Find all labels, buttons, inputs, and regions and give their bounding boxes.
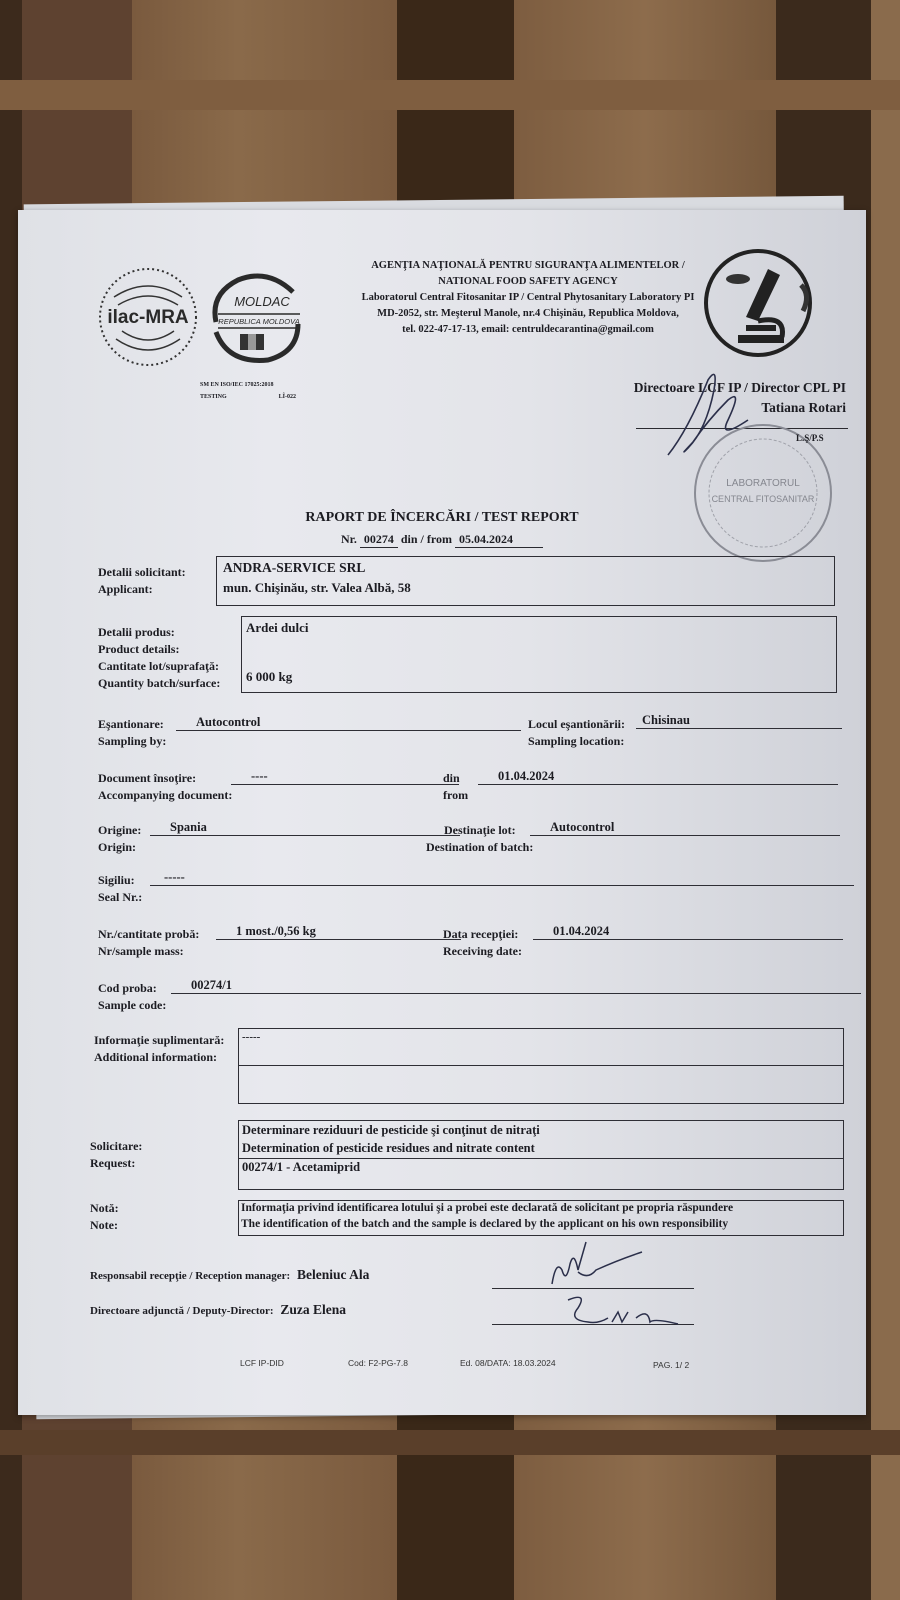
sample-value: 1 most./0,56 kg [216,924,461,940]
sampling-location-label: Locul eşantionării: Sampling location: [528,716,625,750]
applicant-label-en: Applicant: [98,581,186,598]
note-text-ro: Informaţia privind identificarea lotului… [241,1202,733,1214]
document-label-en: Accompanying document: [98,787,232,804]
reception-manager-name: Beleniuc Ala [297,1267,369,1282]
sampling-label-ro: Eşantionare: [98,716,166,733]
product-quantity: 6 000 kg [246,669,292,685]
report-date: 05.04.2024 [455,532,543,548]
svg-text:ilac-MRA: ilac-MRA [107,307,189,328]
quantity-label-ro: Cantitate lot/suprafaţă: [98,658,220,675]
document-label: Document însoţire: Accompanying document… [98,770,232,804]
applicant-label-ro: Detalii solicitant: [98,564,186,581]
origin-label-en: Origin: [98,839,141,856]
additional-info-box: ----- [238,1028,844,1104]
request-line-ro: Determinare reziduuri de pesticide şi co… [242,1123,540,1138]
origin-label-ro: Origine: [98,822,141,839]
product-label-ro: Detalii produs: [98,624,220,641]
footer-page-number: PAG. 1/ 2 [653,1360,689,1370]
seal-label-en: Seal Nr.: [98,889,142,906]
sample-label: Nr./cantitate probă: Nr/sample mass: [98,926,199,960]
deputy-signature [558,1288,688,1333]
footer-dept: LCF IP-DID [240,1358,284,1368]
wood-crossbar [0,80,900,110]
sampling-value: Autocontrol [176,715,521,731]
agency-header: AGENŢIA NAŢIONALĂ PENTRU SIGURANŢA ALIME… [318,258,738,338]
sample-code-label: Cod proba: Sample code: [98,980,166,1014]
origin-label: Origine: Origin: [98,822,141,856]
receiving-date-label: Data recepţiei: Receiving date: [443,926,522,960]
note-label: Notă: Note: [90,1200,119,1234]
product-label-en: Product details: [98,641,220,658]
document-from-en: from [443,787,468,804]
sample-code: 00274/1 [171,978,861,994]
applicant-label: Detalii solicitant: Applicant: [98,564,186,598]
destination-label-ro: Destinaţie lot: [426,822,533,839]
seal-value: ----- [150,870,854,886]
reception-manager-label: Responsabil recepţie / Reception manager… [90,1270,290,1282]
applicant-address: mun. Chişinău, str. Valea Albă, 58 [223,580,411,596]
lab-contact: tel. 022-47-17-13, email: centruldecaran… [318,322,738,338]
destination-value: Autocontrol [530,820,840,836]
note-text-en: The identification of the batch and the … [241,1218,728,1230]
document-date: 01.04.2024 [478,769,838,785]
reception-manager-row: Responsabil recepţie / Reception manager… [90,1267,369,1283]
sampling-location: Chisinau [636,713,842,729]
report-title: RAPORT DE ÎNCERCĂRI / TEST REPORT [18,510,866,526]
report-number: 00274 [360,532,398,548]
product-name: Ardei dulci [246,620,308,636]
additional-info-label-en: Additional information: [94,1049,224,1066]
additional-info-label-ro: Informaţie suplimentară: [94,1032,224,1049]
origin-value: Spania [150,820,460,836]
sampling-location-label-en: Sampling location: [528,733,625,750]
wood-plank [871,0,900,1600]
request-box: Determinare reziduuri de pesticide şi co… [238,1120,844,1190]
ilac-mra-logo: ilac-MRA [96,265,200,369]
lab-name: Laboratorul Central Fitosanitar IP / Cen… [318,290,738,306]
report-number-line: Nr. 00274 din / from 05.04.2024 [18,532,866,548]
applicant-box: ANDRA-SERVICE SRL mun. Chişinău, str. Va… [216,556,835,606]
destination-label-en: Destination of batch: [426,839,533,856]
document-value: ---- [231,769,459,785]
agency-name-ro: AGENŢIA NAŢIONALĂ PENTRU SIGURANŢA ALIME… [318,258,738,274]
sampling-label: Eşantionare: Sampling by: [98,716,166,750]
cert-standard: SM EN ISO/IEC 17025:2018 [200,382,310,388]
sample-code-label-ro: Cod proba: [98,980,166,997]
svg-text:CENTRAL FITOSANITAR: CENTRAL FITOSANITAR [712,494,815,504]
additional-info-value: ----- [242,1031,260,1043]
footer-code: Cod: F2-PG-7.8 [348,1358,408,1368]
sampling-label-en: Sampling by: [98,733,166,750]
note-label-ro: Notă: [90,1200,119,1217]
seal-label: Sigiliu: Seal Nr.: [98,872,142,906]
document-label-ro: Document însoţire: [98,770,232,787]
table-divider [239,1065,843,1066]
stamp-mark: L.Ş/P.S [796,433,824,443]
deputy-director-name: Zuza Elena [280,1302,346,1317]
document-from-ro: din [443,770,468,787]
request-item: 00274/1 - Acetamiprid [242,1160,360,1175]
cert-type: TESTING [200,394,227,400]
test-report-page: ilac-MRA MOLDAC REPUBLICA MOLDOVA SM EN … [18,210,866,1415]
note-label-en: Note: [90,1217,119,1234]
request-line-en: Determination of pesticide residues and … [242,1141,535,1156]
receiving-date-label-en: Receiving date: [443,943,522,960]
nr-label: Nr. [341,532,357,546]
sampling-location-label-ro: Locul eşantionării: [528,716,625,733]
request-label-ro: Solicitare: [90,1138,142,1155]
deputy-director-row: Directoare adjunctă / Deputy-Director: Z… [90,1302,346,1318]
accreditation-info: SM EN ISO/IEC 17025:2018 TESTING LÎ-022 [200,382,310,400]
request-label: Solicitare: Request: [90,1138,142,1172]
from-label: din / from [401,532,452,546]
receiving-date: 01.04.2024 [533,924,843,940]
agency-name-en: NATIONAL FOOD SAFETY AGENCY [318,274,738,290]
wood-crossbar [0,1430,900,1455]
reception-signature [538,1240,648,1290]
receiving-date-label-ro: Data recepţiei: [443,926,522,943]
request-label-en: Request: [90,1155,142,1172]
quantity-label-en: Quantity batch/surface: [98,675,220,692]
destination-label: Destinaţie lot: Destination of batch: [426,822,533,856]
svg-text:REPUBLICA MOLDOVA: REPUBLICA MOLDOVA [218,317,299,326]
product-label: Detalii produs: Product details: Cantita… [98,624,220,692]
sample-label-ro: Nr./cantitate probă: [98,926,199,943]
applicant-name: ANDRA-SERVICE SRL [223,560,365,576]
lab-address: MD-2052, str. Meşterul Manole, nr.4 Chiş… [318,306,738,322]
footer-edition: Ed. 08/DATA: 18.03.2024 [460,1358,556,1368]
additional-info-label: Informaţie suplimentară: Additional info… [94,1032,224,1066]
product-box: Ardei dulci 6 000 kg [241,616,837,693]
svg-text:LABORATORUL: LABORATORUL [726,478,800,489]
document-from-label: din from [443,770,468,804]
sample-label-en: Nr/sample mass: [98,943,199,960]
seal-label-ro: Sigiliu: [98,872,142,889]
microscope-emblem-icon [696,245,821,360]
sample-code-label-en: Sample code: [98,997,166,1014]
svg-text:MOLDAC: MOLDAC [234,294,290,309]
moldac-logo: MOLDAC REPUBLICA MOLDOVA [198,262,308,372]
table-divider [239,1158,843,1159]
deputy-director-label: Directoare adjunctă / Deputy-Director: [90,1305,274,1317]
cert-code: LÎ-022 [279,394,296,400]
note-box: Informaţia privind identificarea lotului… [238,1200,844,1236]
